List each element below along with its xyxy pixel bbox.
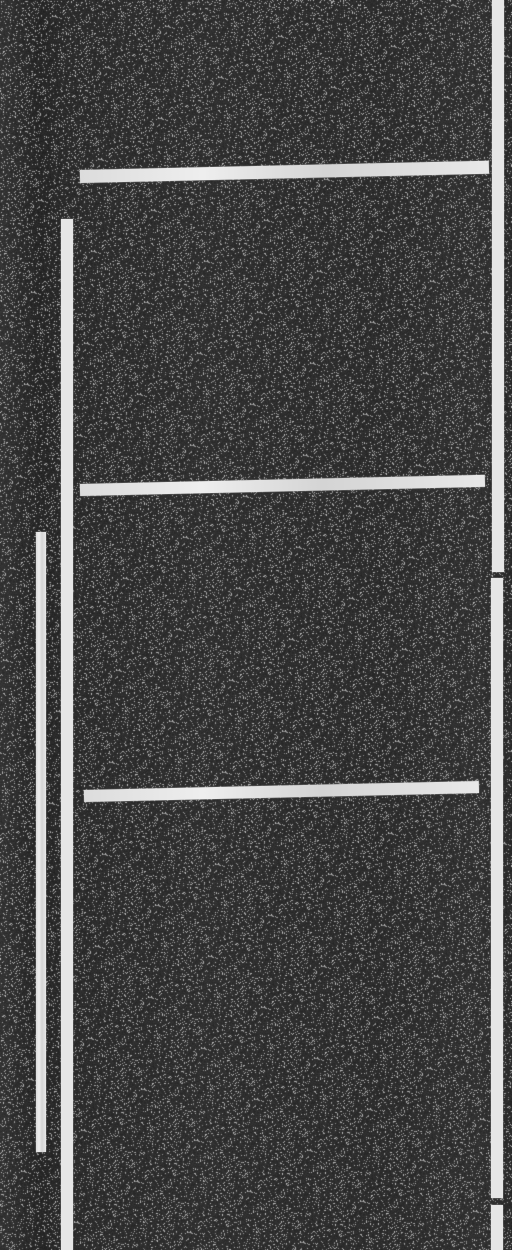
asphalt-texture <box>0 0 512 1250</box>
right-edge-line-segment-1 <box>492 0 504 572</box>
right-edge-line-segment-3 <box>491 1205 503 1250</box>
left-inner-vertical-line <box>36 532 46 1152</box>
left-vertical-line <box>61 219 73 1250</box>
asphalt-road-scene <box>0 0 512 1250</box>
right-edge-line-segment-2 <box>491 578 503 1198</box>
